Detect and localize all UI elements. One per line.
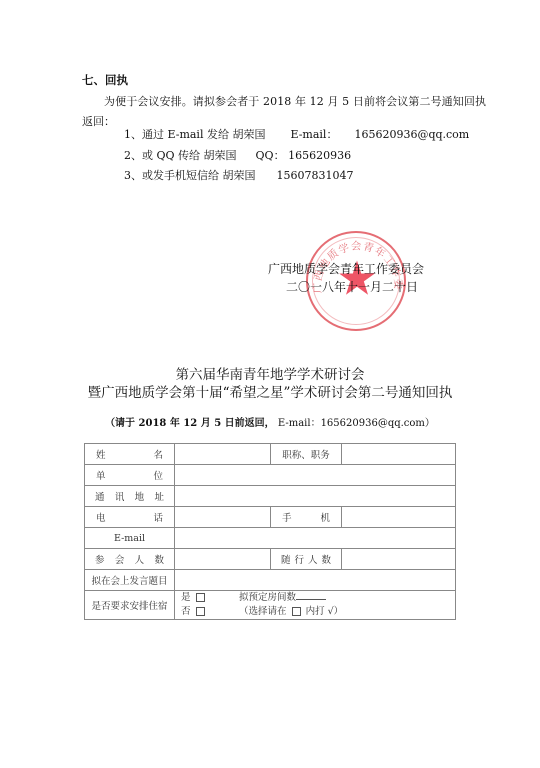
email-label: E-mail [85,528,175,549]
contact-method-label: 3、或发手机短信给 胡荣国 [124,169,256,182]
form-subtitle: 暨广西地质学会第十届“希望之星”学术研讨会第二号通知回执 [0,381,540,401]
lodging-yes-checkbox[interactable] [196,593,205,602]
email-address[interactable]: 165620936@qq.com [354,128,469,141]
topic-label: 拟在会上发言题目 [85,570,175,591]
issue-date: 二〇一八年十一月二十日 [286,278,418,295]
table-row-address: 通讯地址 [85,486,456,507]
lodging-options: 是 拟预定房间数 否 （选择请在 内打 √） [175,591,456,620]
rooms-count-label: 拟预定房间数 [239,591,296,605]
lodging-label: 是否要求安排住宿 [85,591,175,620]
deadline-text: （请于 2018 年 12 月 5 日前返回， [105,418,275,429]
contact-method-label: 2、或 QQ 传给 胡荣国 [124,149,237,162]
checkbox-instruction: （选择请在 内打 √） [239,605,343,619]
table-row-phone: 电话 手机 [85,507,456,528]
contact-method-qq: 2、或 QQ 传给 胡荣国 QQ： 165620936 [124,147,351,163]
contact-method-sms: 3、或发手机短信给 胡荣国 15607831047 [124,167,353,183]
form-title: 第六届华南青年地学学术研讨会 [0,363,540,383]
contact-type-label: QQ： [256,149,285,162]
lodging-no-option[interactable]: 否 [181,605,239,619]
companions-label: 随行人数 [271,549,342,570]
table-row-lodging: 是否要求安排住宿 是 拟预定房间数 否 （选择 [85,591,456,620]
title-position-field[interactable] [342,444,456,465]
attendees-label: 参会人数 [85,549,175,570]
checkbox-sample-icon [292,607,301,616]
name-label: 姓名 [85,444,175,465]
phone-label: 电话 [85,507,175,528]
lodging-no-checkbox[interactable] [196,607,205,616]
topic-field[interactable] [175,570,456,591]
table-row-unit: 单位 [85,465,456,486]
rooms-count-field[interactable] [296,591,326,600]
phone-field[interactable] [175,507,271,528]
form-deadline-note: （请于 2018 年 12 月 5 日前返回， E-mail：165620936… [0,414,540,429]
table-row-name: 姓名 职称、职务 [85,444,456,465]
address-label: 通讯地址 [85,486,175,507]
issuing-organization: 广西地质学会青年工作委员会 [268,260,424,277]
contact-method-label: 1、通过 E-mail 发给 胡荣国 [124,128,265,141]
qq-number: 165620936 [288,149,351,162]
email-field[interactable] [175,528,456,549]
address-field[interactable] [175,486,456,507]
section-heading: 七、回执 [82,72,128,88]
table-row-email: E-mail [85,528,456,549]
companions-field[interactable] [342,549,456,570]
phone-number: 15607831047 [277,169,354,182]
deadline-email: E-mail：165620936@qq.com） [278,418,435,429]
table-row-topic: 拟在会上发言题目 [85,570,456,591]
contact-method-email: 1、通过 E-mail 发给 胡荣国 E-mail： 165620936@qq.… [124,126,469,142]
contact-type-label: E-mail： [290,128,337,141]
registration-form-table: 姓名 职称、职务 单位 通讯地址 电话 手机 E-mail 参会人数 [84,443,456,620]
attendees-field[interactable] [175,549,271,570]
name-field[interactable] [175,444,271,465]
title-position-label: 职称、职务 [271,444,342,465]
lodging-yes-option[interactable]: 是 [181,591,239,605]
mobile-label: 手机 [271,507,342,528]
unit-label: 单位 [85,465,175,486]
table-row-attendees: 参会人数 随行人数 [85,549,456,570]
instruction-paragraph-cont: 返回： [82,113,115,129]
unit-field[interactable] [175,465,456,486]
instruction-paragraph: 为便于会议安排。请拟参会者于 2018 年 12 月 5 日前将会议第二号通知回… [104,93,486,109]
mobile-field[interactable] [342,507,456,528]
